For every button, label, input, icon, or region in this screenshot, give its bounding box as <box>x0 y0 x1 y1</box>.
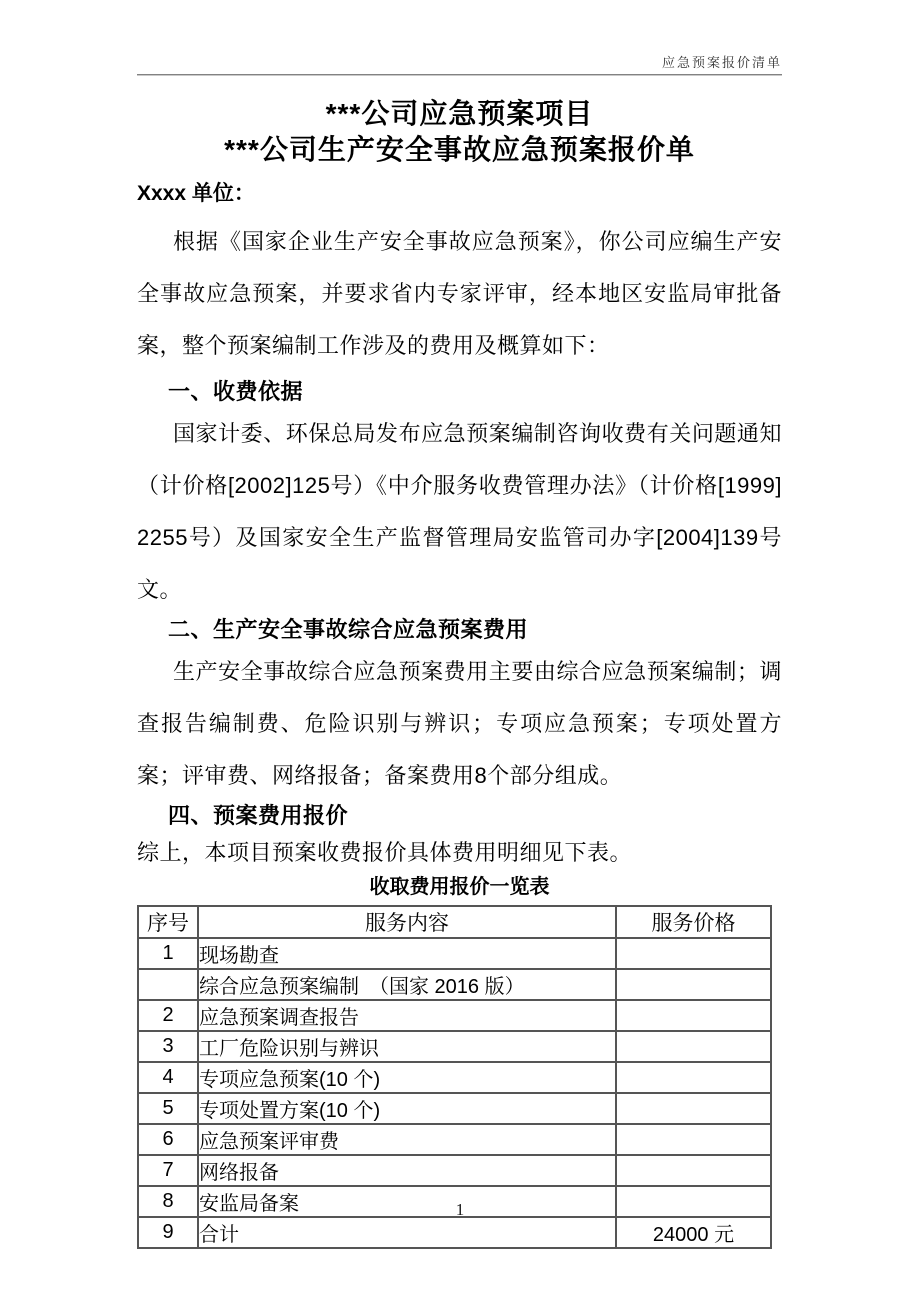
table-row: 7网络报备 <box>138 1155 771 1186</box>
table-row: 5专项处置方案(10 个) <box>138 1093 771 1124</box>
table-row: 9合计24000 元 <box>138 1217 771 1248</box>
cell-no: 7 <box>138 1155 198 1186</box>
quote-table: 序号 服务内容 服务价格 1现场勘查综合应急预案编制 （国家 2016 版）2应… <box>137 905 772 1249</box>
cell-no: 4 <box>138 1062 198 1093</box>
document-content: ***公司应急预案项目 ***公司生产安全事故应急预案报价单 Xxxx 单位： … <box>137 96 782 1249</box>
cell-price <box>616 938 771 969</box>
section-heading-1: 一、收费依据 <box>168 378 782 406</box>
table-row: 2应急预案调查报告 <box>138 1000 771 1031</box>
salutation: Xxxx 单位： <box>137 180 782 208</box>
running-header: 应急预案报价清单 <box>662 52 782 71</box>
paragraph-composition: 生产安全事故综合应急预案费用主要由综合应急预案编制；调查报告编制费、危险识别与辨… <box>137 646 782 802</box>
cell-price <box>616 1031 771 1062</box>
doc-title-line1: ***公司应急预案项目 <box>137 96 782 132</box>
cell-price <box>616 1062 771 1093</box>
cell-service: 专项处置方案(10 个) <box>198 1093 616 1124</box>
cell-price <box>616 1155 771 1186</box>
cell-no <box>138 969 198 1000</box>
cell-no: 9 <box>138 1217 198 1248</box>
doc-title-line2: ***公司生产安全事故应急预案报价单 <box>137 132 782 168</box>
table-row: 1现场勘查 <box>138 938 771 969</box>
paragraph-summary: 综上，本项目预案收费报价具体费用明细见下表。 <box>137 838 782 868</box>
table-title: 收取费用报价一览表 <box>137 874 782 900</box>
section-heading-3: 四、预案费用报价 <box>168 802 782 830</box>
cell-no: 6 <box>138 1124 198 1155</box>
document-page: 应急预案报价清单 ***公司应急预案项目 ***公司生产安全事故应急预案报价单 … <box>0 0 920 1302</box>
table-row: 3工厂危险识别与辨识 <box>138 1031 771 1062</box>
cell-service: 工厂危险识别与辨识 <box>198 1031 616 1062</box>
cell-service: 综合应急预案编制 （国家 2016 版） <box>198 969 616 1000</box>
header-divider <box>137 74 782 76</box>
cell-service: 网络报备 <box>198 1155 616 1186</box>
cell-service: 应急预案调查报告 <box>198 1000 616 1031</box>
table-row: 4专项应急预案(10 个) <box>138 1062 771 1093</box>
cell-service: 合计 <box>198 1217 616 1248</box>
cell-no: 5 <box>138 1093 198 1124</box>
cell-price: 24000 元 <box>616 1217 771 1248</box>
cell-no: 3 <box>138 1031 198 1062</box>
page-number: 1 <box>0 1200 920 1220</box>
table-row: 6应急预案评审费 <box>138 1124 771 1155</box>
cell-price <box>616 1000 771 1031</box>
cell-price <box>616 1124 771 1155</box>
cell-no: 2 <box>138 1000 198 1031</box>
column-header-price: 服务价格 <box>616 906 771 938</box>
paragraph-basis: 国家计委、环保总局发布应急预案编制咨询收费有关问题通知（计价格[2002]125… <box>137 408 782 616</box>
column-header-no: 序号 <box>138 906 198 938</box>
section-heading-2: 二、生产安全事故综合应急预案费用 <box>168 616 782 644</box>
cell-service: 专项应急预案(10 个) <box>198 1062 616 1093</box>
cell-no: 1 <box>138 938 198 969</box>
paragraph-intro: 根据《国家企业生产安全事故应急预案》，你公司应编生产安全事故应急预案，并要求省内… <box>137 216 782 372</box>
table-header-row: 序号 服务内容 服务价格 <box>138 906 771 938</box>
cell-service: 现场勘查 <box>198 938 616 969</box>
cell-price <box>616 969 771 1000</box>
cell-service: 应急预案评审费 <box>198 1124 616 1155</box>
column-header-service: 服务内容 <box>198 906 616 938</box>
cell-price <box>616 1093 771 1124</box>
table-row: 综合应急预案编制 （国家 2016 版） <box>138 969 771 1000</box>
